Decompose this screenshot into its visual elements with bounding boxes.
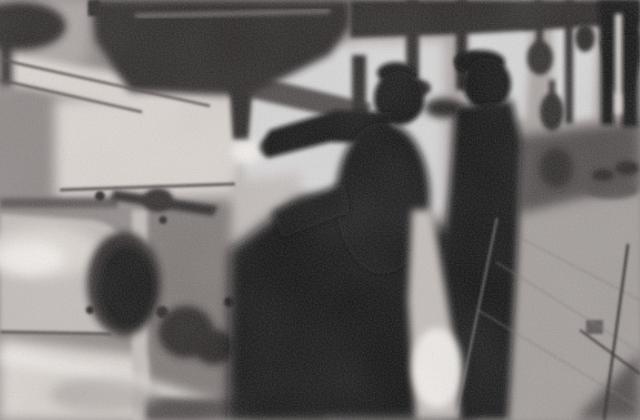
film-grain-overlay	[0, 0, 640, 420]
factory-photograph	[0, 0, 640, 420]
photo-frame	[0, 0, 640, 420]
